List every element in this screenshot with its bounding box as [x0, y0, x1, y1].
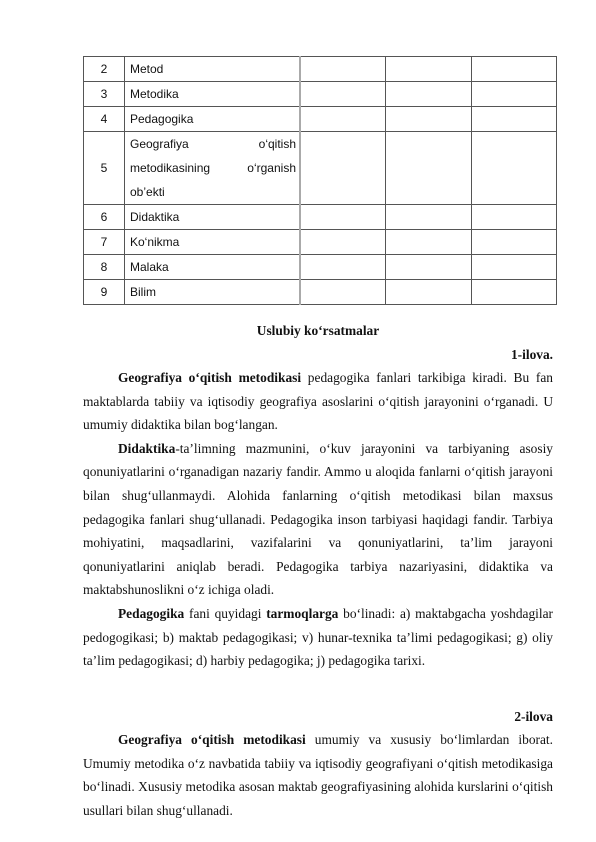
term-cell: Geografiya o‘qitish metodikasining o‘rga… [125, 132, 301, 205]
empty-cell [472, 82, 557, 107]
paragraph: Geografiya o‘qitish metodikasi pedagogik… [83, 366, 553, 437]
empty-cell [386, 107, 472, 132]
table-row: 3 Metodika [84, 82, 557, 107]
table-row: 4 Pedagogika [84, 107, 557, 132]
empty-cell [300, 57, 386, 82]
empty-cell [300, 255, 386, 280]
row-number: 6 [84, 205, 125, 230]
term-cell: Malaka [125, 255, 301, 280]
empty-cell [472, 280, 557, 305]
empty-cell [472, 255, 557, 280]
empty-cell [300, 280, 386, 305]
appendix-1-body: Geografiya o‘qitish metodikasi pedagogik… [83, 366, 553, 673]
term-cell: Metodika [125, 82, 301, 107]
table-row: 2 Metod [84, 57, 557, 82]
bold-term: Didaktika [118, 441, 175, 456]
row-number: 5 [84, 132, 125, 205]
table-row: 7 Ko‘nikma [84, 230, 557, 255]
empty-cell [386, 230, 472, 255]
empty-cell [300, 132, 386, 205]
empty-cell [386, 205, 472, 230]
row-number: 7 [84, 230, 125, 255]
bold-term: Geografiya o‘qitish metodikasi [118, 370, 301, 385]
table-row: 8 Malaka [84, 255, 557, 280]
empty-cell [300, 205, 386, 230]
empty-cell [300, 107, 386, 132]
row-number: 9 [84, 280, 125, 305]
empty-cell [300, 230, 386, 255]
bold-term: tarmoqlarga [266, 606, 338, 621]
term-cell: Metod [125, 57, 301, 82]
table-row: 6 Didaktika [84, 205, 557, 230]
empty-cell [386, 57, 472, 82]
document-page: 2 Metod 3 Metodika 4 Pedagogika [0, 0, 596, 842]
term-cell: Bilim [125, 280, 301, 305]
empty-cell [300, 82, 386, 107]
empty-cell [472, 132, 557, 205]
term-line: ob’ekti [130, 180, 296, 204]
bold-term: Geografiya o‘qitish metodikasi [118, 732, 306, 747]
paragraph: Pedagogika fani quyidagi tarmoqlarga bo‘… [83, 602, 553, 673]
term-cell: Ko‘nikma [125, 230, 301, 255]
paragraph: Didaktika-ta’limning mazmunini, o‘kuv ja… [83, 437, 553, 602]
row-number: 4 [84, 107, 125, 132]
empty-cell [472, 57, 557, 82]
term-cell: Pedagogika [125, 107, 301, 132]
table-row: 5 Geografiya o‘qitish metodikasining o‘r… [84, 132, 557, 205]
bold-term: Pedagogika [118, 606, 184, 621]
row-number: 8 [84, 255, 125, 280]
paragraph: Geografiya o‘qitish metodikasi umumiy va… [83, 728, 553, 822]
appendix-2-body: Geografiya o‘qitish metodikasi umumiy va… [83, 728, 553, 822]
empty-cell [472, 107, 557, 132]
empty-cell [386, 132, 472, 205]
terms-table: 2 Metod 3 Metodika 4 Pedagogika [83, 56, 557, 305]
empty-cell [472, 205, 557, 230]
section-title: Uslubiy ko‘rsatmalar [83, 323, 553, 339]
appendix-2-label: 2-ilova [83, 709, 553, 725]
empty-cell [386, 255, 472, 280]
empty-cell [386, 280, 472, 305]
empty-cell [386, 82, 472, 107]
term-line: metodikasining o‘rganish [130, 156, 296, 180]
appendix-1-label: 1-ilova. [83, 347, 553, 363]
table-row: 9 Bilim [84, 280, 557, 305]
paragraph-text: -ta’limning mazmunini, o‘kuv jarayonini … [83, 441, 553, 598]
row-number: 3 [84, 82, 125, 107]
empty-cell [472, 230, 557, 255]
paragraph-text: fani quyidagi [184, 606, 266, 621]
term-cell: Didaktika [125, 205, 301, 230]
term-line: Geografiya o‘qitish [130, 132, 296, 156]
row-number: 2 [84, 57, 125, 82]
